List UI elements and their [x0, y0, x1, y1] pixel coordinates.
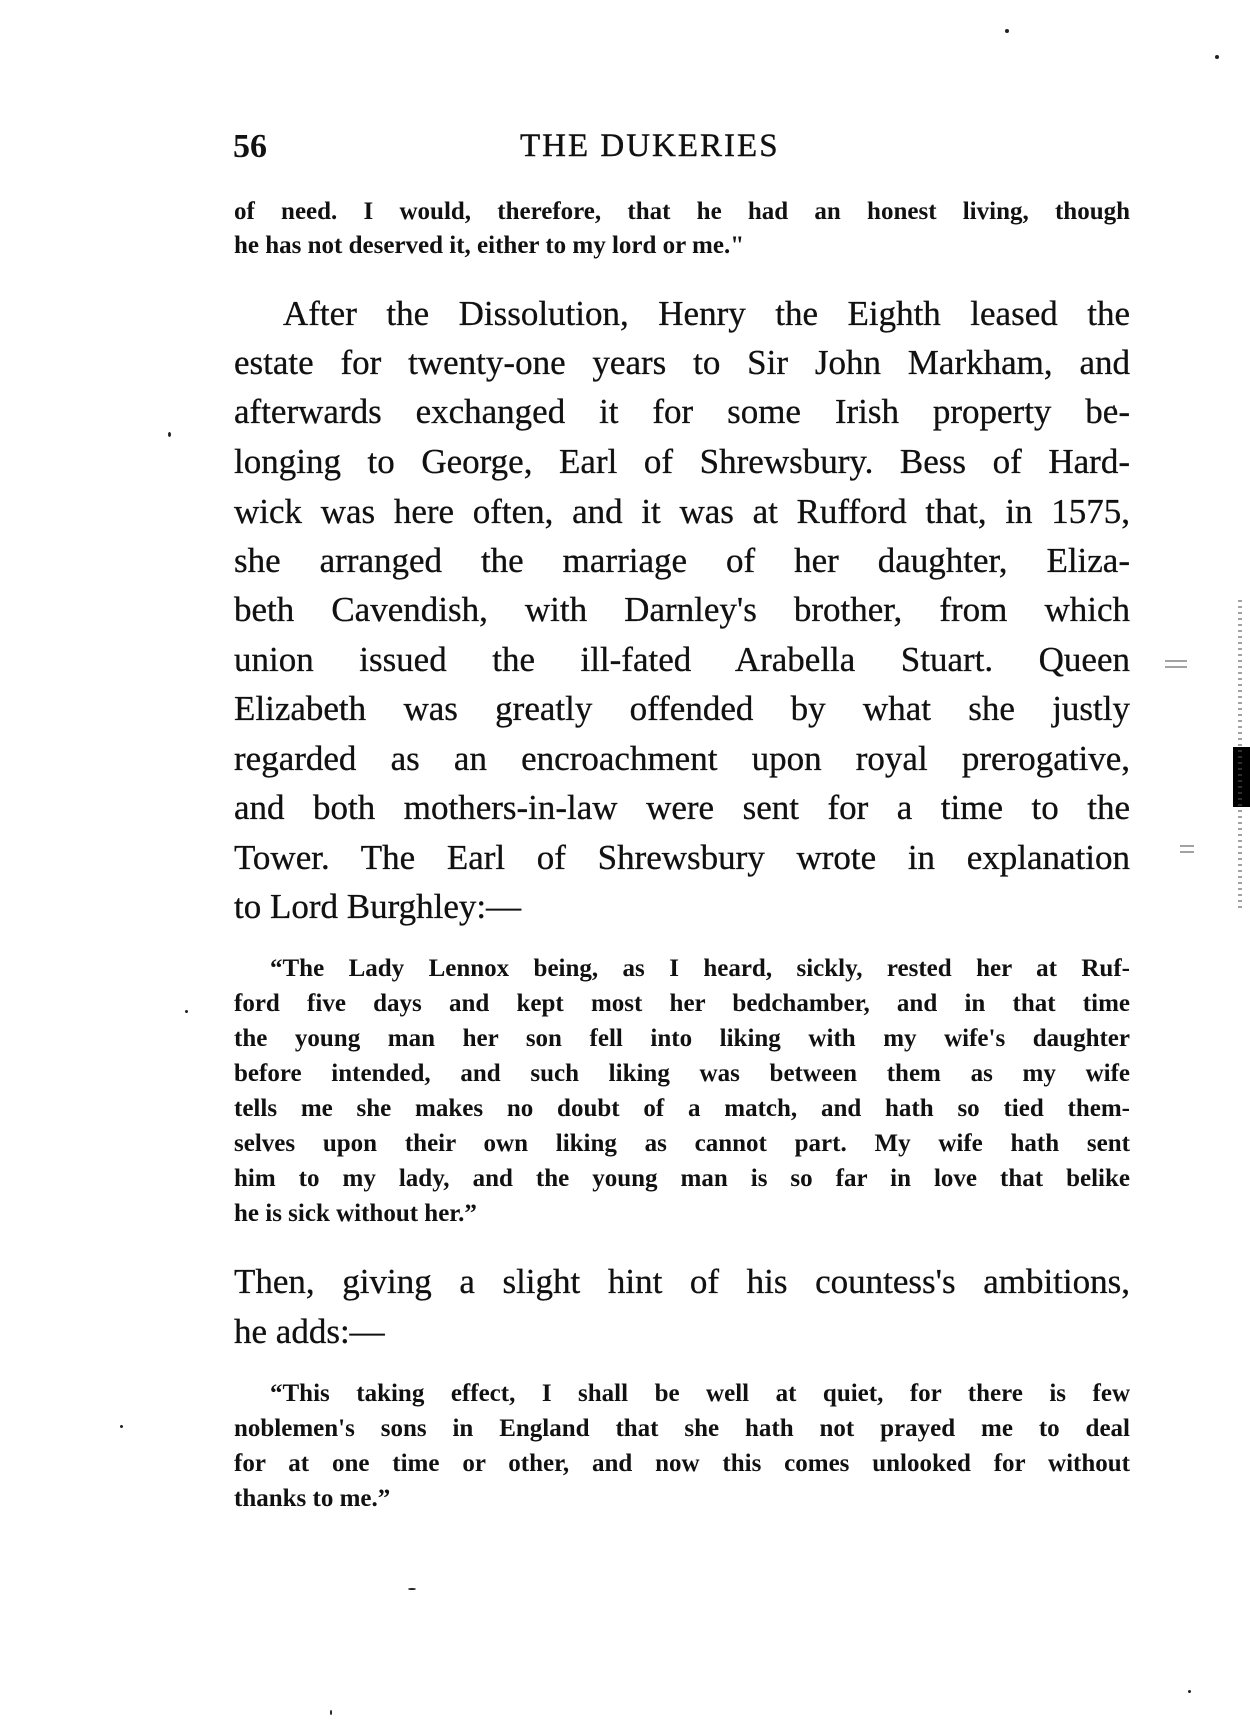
quote-line: him to my lady, and the young man is so …: [234, 1163, 1130, 1195]
quote-line: thanks to me.”: [234, 1483, 1130, 1515]
paragraph-line: afterwards exchanged it for some Irish p…: [234, 390, 1130, 434]
paragraph-line: he adds:—: [234, 1310, 1130, 1354]
quote-line: before intended, and such liking was bet…: [234, 1058, 1130, 1090]
paragraph-line: After the Dissolution, Henry the Eighth …: [283, 292, 1130, 336]
paragraph-line: regarded as an encroachment upon royal p…: [234, 737, 1130, 781]
paragraph-line: longing to George, Earl of Shrewsbury. B…: [234, 440, 1130, 484]
paragraph-line: Tower. The Earl of Shrewsbury wrote in e…: [234, 836, 1130, 880]
scan-speck: [1215, 55, 1219, 59]
paragraph-line: beth Cavendish, with Darnley's brother, …: [234, 588, 1130, 632]
quote-line: he is sick without her.”: [234, 1198, 1130, 1230]
paragraph-line: she arranged the marriage of her daughte…: [234, 539, 1130, 583]
intro-quote-line: he has not deserved it, either to my lor…: [234, 230, 1130, 262]
intro-quote-line: of need. I would, therefore, that he had…: [234, 196, 1130, 228]
quote-line: “This taking effect, I shall be well at …: [270, 1378, 1130, 1410]
quote-line: noblemen's sons in England that she hath…: [234, 1413, 1130, 1445]
paragraph-line: and both mothers-in-law were sent for a …: [234, 786, 1130, 830]
scan-edge-noise: [1238, 600, 1242, 910]
quote-line: “The Lady Lennox being, as I heard, sick…: [270, 953, 1130, 985]
scan-speck: [168, 432, 171, 437]
scan-speck: [120, 1425, 123, 1428]
page-number: 56: [233, 128, 267, 166]
scan-speck: [185, 1010, 188, 1013]
scan-speck: [1188, 1690, 1191, 1693]
paragraph-line: to Lord Burghley:—: [234, 885, 1130, 929]
scan-speck: [408, 1588, 416, 1590]
scan-noise-patch: [1165, 660, 1187, 672]
paragraph-line: wick was here often, and it was at Ruffo…: [234, 490, 1130, 534]
running-title: THE DUKERIES: [520, 128, 780, 165]
paragraph-line: estate for twenty-one years to Sir John …: [234, 341, 1130, 385]
scan-noise-patch: [1180, 845, 1194, 857]
paragraph-line: union issued the ill-fated Arabella Stua…: [234, 638, 1130, 682]
quote-line: selves upon their own liking as cannot p…: [234, 1128, 1130, 1160]
quote-line: ford five days and kept most her bedcham…: [234, 988, 1130, 1020]
book-page: 56 THE DUKERIES of need. I would, theref…: [0, 0, 1250, 1720]
scan-speck: [330, 1710, 332, 1715]
quote-line: the young man her son fell into liking w…: [234, 1023, 1130, 1055]
scan-speck: [1005, 29, 1009, 33]
quote-line: for at one time or other, and now this c…: [234, 1448, 1130, 1480]
paragraph-line: Then, giving a slight hint of his counte…: [234, 1260, 1130, 1304]
paragraph-line: Elizabeth was greatly offended by what s…: [234, 687, 1130, 731]
quote-line: tells me she makes no doubt of a match, …: [234, 1093, 1130, 1125]
scan-speck: [1113, 405, 1115, 410]
